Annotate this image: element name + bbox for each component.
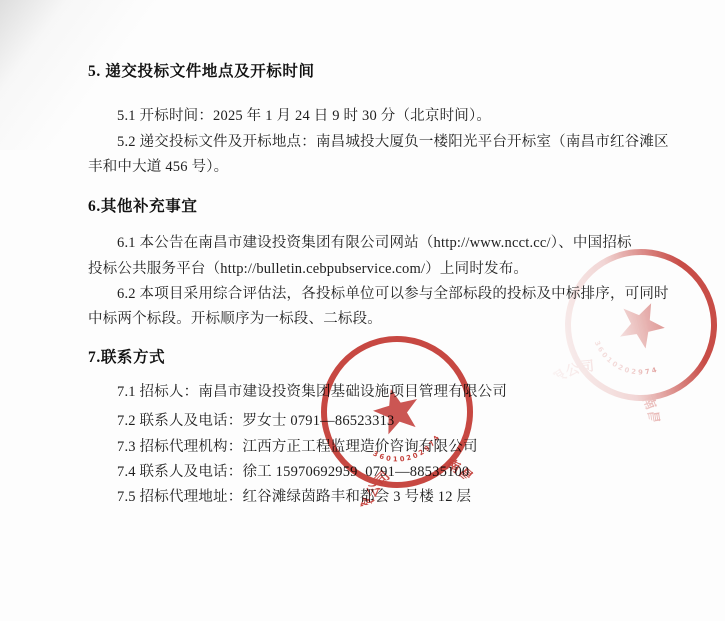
section-6-heading: 6.其他补充事宜 xyxy=(88,199,197,215)
text-line-5-1: 5.1 开标时间：2025 年 1 月 24 日 9 时 30 分（北京时间）。 xyxy=(117,109,491,124)
star-icon xyxy=(612,294,672,353)
text-line-7-4: 7.4 联系人及电话：徐工 15970692959 0791—88535100 xyxy=(117,465,469,480)
text-line-5-2-cont: 丰和中大道 456 号）。 xyxy=(88,160,228,175)
text-line-6-1-cont: 投标公共服务平台（http://bulletin.cebpubservice.c… xyxy=(88,262,528,277)
seal-company-text: 南昌市建设投资集团基础设施项目管理有限公司 xyxy=(532,340,683,434)
text-line-5-2: 5.2 递交投标文件及开标地点：南昌城投大厦负一楼阳光平台开标室（南昌市红谷滩区 xyxy=(117,135,669,150)
seal-serial-number: 36010202974 xyxy=(586,336,662,387)
text-line-7-5: 7.5 招标代理地址：红谷滩绿茵路丰和都会 3 号楼 12 层 xyxy=(117,490,471,505)
company-seal-stamp: 南昌市建设投资集团基础设施项目管理有限公司 36010202974 xyxy=(297,312,498,513)
text-line-7-2: 7.2 联系人及电话：罗女士 0791—86523313 xyxy=(117,414,394,429)
seal-outer-ring xyxy=(544,228,725,422)
svg-text:36010202974: 36010202974 xyxy=(586,336,662,387)
text-line-6-2-cont: 中标两个标段。开标顺序为一标段、二标段。 xyxy=(88,312,382,327)
text-line-6-2: 6.2 本项目采用综合评估法，各投标单位可以参与全部标段的投标及中标排序，可同时 xyxy=(117,287,669,302)
text-line-7-3: 7.3 招标代理机构：江西方正工程监理造价咨询有限公司 xyxy=(117,440,478,455)
section-7-heading: 7.联系方式 xyxy=(88,350,165,366)
text-line-6-1: 6.1 本公告在南昌市建设投资集团有限公司网站（http://www.ncct.… xyxy=(117,236,632,251)
document-page: 5. 递交投标文件地点及开标时间 5.1 开标时间：2025 年 1 月 24 … xyxy=(0,0,725,621)
svg-text:南昌市建设投资集团基础设施项目管理有限公司: 南昌市建设投资集团基础设施项目管理有限公司 xyxy=(532,340,683,434)
text-line-7-1: 7.1 招标人：南昌市建设投资集团基础设施项目管理有限公司 xyxy=(117,385,507,400)
section-5-heading: 5. 递交投标文件地点及开标时间 xyxy=(88,64,315,80)
